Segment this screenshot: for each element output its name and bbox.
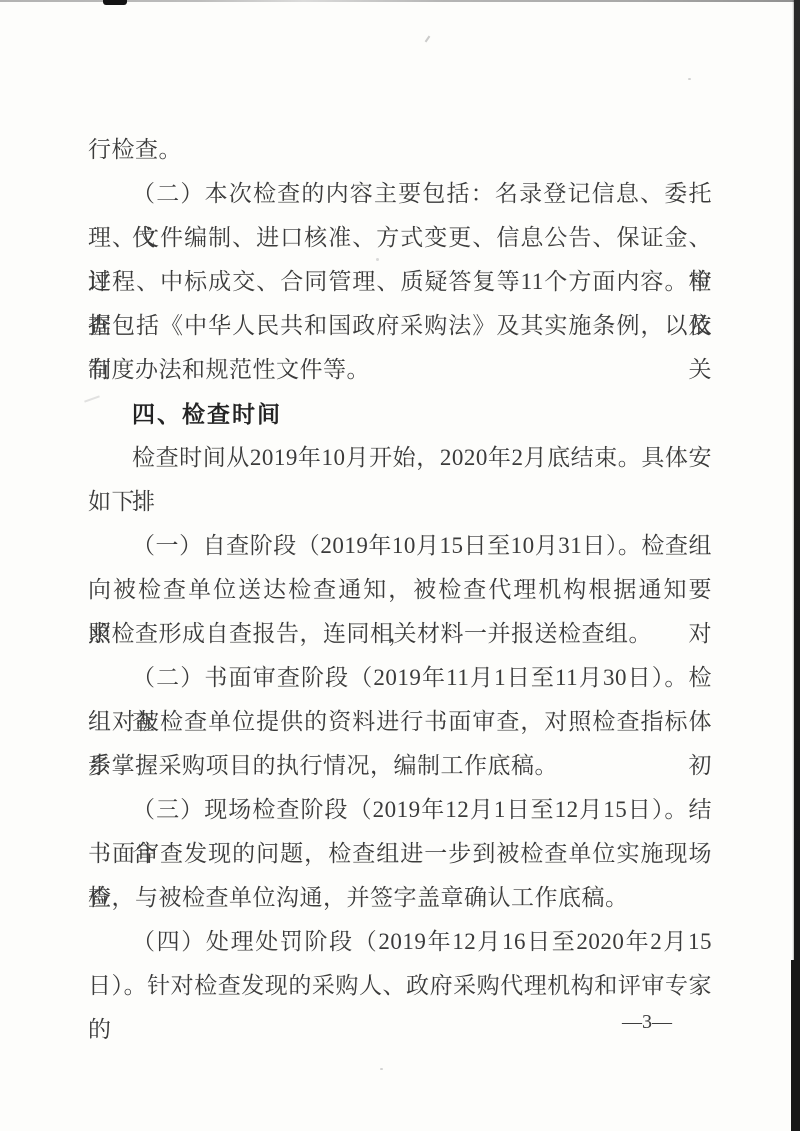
text-line: 书面审查发现的问题，检查组进一步到被检查单位实施现场检 xyxy=(88,832,712,876)
text-line: 检查时间从2019年10月开始，2020年2月底结束。具体安排 xyxy=(88,436,712,480)
page-number: —3— xyxy=(607,1010,687,1034)
text-line: 理、文件编制、进口核准、方式变更、信息公告、保证金、评审 xyxy=(88,216,712,260)
text-line: （四）处理处罚阶段（2019年12月16日至2020年2月15 xyxy=(88,920,712,964)
scan-artifact-right-edge-lower xyxy=(791,960,800,1131)
text-line: 向被检查单位送达检查通知，被检查代理机构根据通知要求，对 xyxy=(88,568,712,612)
scan-speck xyxy=(425,36,431,43)
text-line: 如下： xyxy=(88,480,712,524)
scan-speck xyxy=(688,78,691,80)
scan-artifact-top-blob xyxy=(103,0,127,5)
scanned-document-page: 行检查。（二）本次检查的内容主要包括：名录登记信息、委托代理、文件编制、进口核准… xyxy=(0,0,800,1131)
section-heading: 四、检查时间 xyxy=(88,392,712,436)
text-line: （二）本次检查的内容主要包括：名录登记信息、委托代 xyxy=(88,172,712,216)
text-line: （三）现场检查阶段（2019年12月1日至12月15日）。结合 xyxy=(88,788,712,832)
text-line: 照检查形成自查报告，连同相关材料一并报送检查组。 xyxy=(88,612,712,656)
text-line: 据包括《中华人民共和国政府采购法》及其实施条例，以及有关 xyxy=(88,304,712,348)
text-line: 日）。针对检查发现的采购人、政府采购代理机构和评审专家的 xyxy=(88,964,712,1008)
text-line: （一）自查阶段（2019年10月15日至10月31日）。检查组 xyxy=(88,524,712,568)
scan-speck xyxy=(380,1068,383,1070)
text-line: 行检查。 xyxy=(88,128,712,172)
text-line: （二）书面审查阶段（2019年11月1日至11月30日）。检查 xyxy=(88,656,712,700)
text-line: 组对被检查单位提供的资料进行书面审查，对照检查指标体系初 xyxy=(88,700,712,744)
document-text-block: 行检查。（二）本次检查的内容主要包括：名录登记信息、委托代理、文件编制、进口核准… xyxy=(88,128,712,1008)
text-line: 查，与被检查单位沟通，并签字盖章确认工作底稿。 xyxy=(88,876,712,920)
text-line: 过程、中标成交、合同管理、质疑答复等11个方面内容。检查依 xyxy=(88,260,712,304)
